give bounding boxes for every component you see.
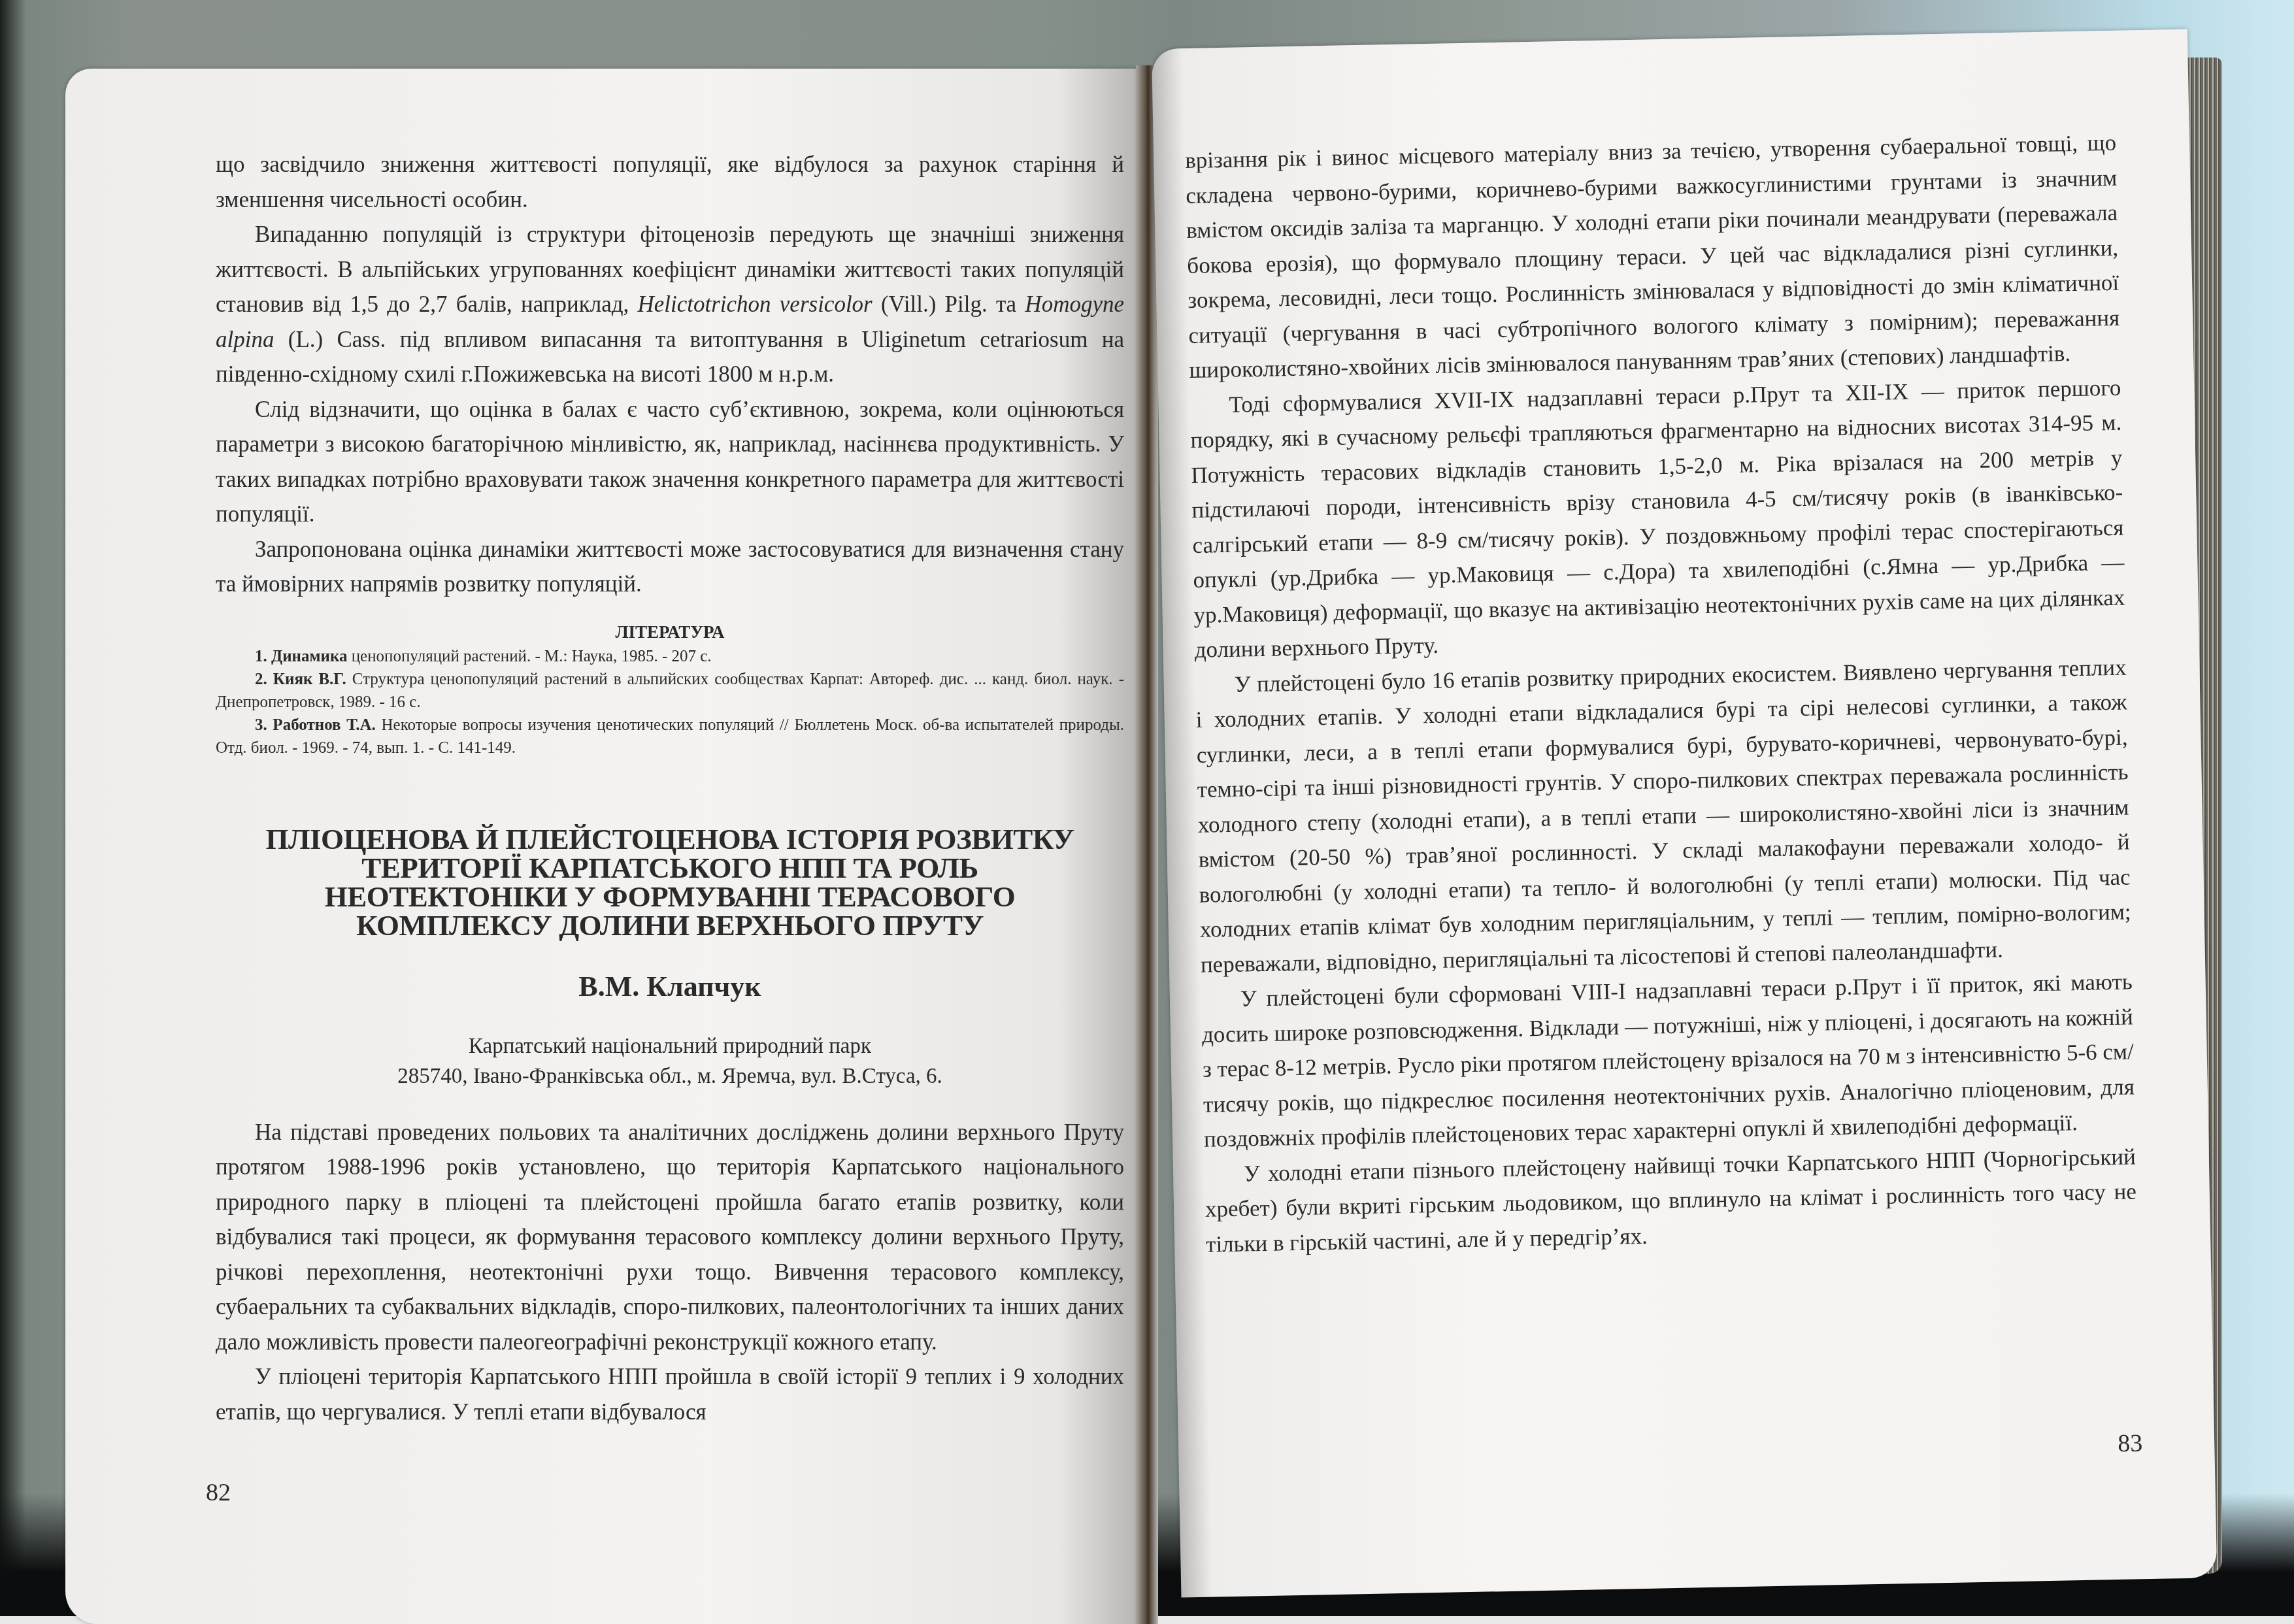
- right-page-text-column: врізання рік і винос місцевого матеріалу…: [1185, 125, 2138, 1262]
- references-heading: ЛІТЕРАТУРА: [216, 619, 1124, 645]
- paragraph: У холодні етапи пізнього плейстоцену най…: [1205, 1139, 2138, 1262]
- reference-text: Структура ценопопуляций растений в альпи…: [216, 671, 1124, 711]
- title-line: НЕОТЕКТОНІКИ У ФОРМУВАННІ ТЕРАСОВОГО: [216, 882, 1124, 911]
- text-run: (L.) Cass. під впливом випасання та вито…: [216, 327, 1124, 388]
- paragraph: У плейстоцені були сформовані VIII-I над…: [1201, 964, 2135, 1157]
- reference-item: 1. Динамика ценопопуляций растений. - М.…: [216, 645, 1124, 668]
- paragraph: Слід відзначити, що оцінка в балах є час…: [216, 392, 1124, 532]
- reference-author: 1. Динамика: [255, 648, 347, 665]
- title-line: ПЛІОЦЕНОВА Й ПЛЕЙСТОЦЕНОВА ІСТОРІЯ РОЗВИ…: [216, 825, 1124, 853]
- paragraph: На підставі проведених польових та аналі…: [216, 1115, 1124, 1360]
- reference-item: 3. Работнов Т.А. Некоторые вопросы изуче…: [216, 714, 1124, 759]
- reference-author: 3. Работнов Т.А.: [255, 716, 376, 734]
- article-author: В.М. Клапчук: [216, 967, 1124, 1006]
- right-page: врізання рік і винос місцевого матеріалу…: [1152, 29, 2217, 1598]
- paragraph: Випаданню популяцій із структури фітоцен…: [216, 217, 1124, 392]
- left-page-text-column: що засвідчило зниження життєвості популя…: [216, 147, 1124, 1429]
- reference-text: ценопопуляций растений. - М.: Наука, 198…: [347, 648, 711, 665]
- page-number: 83: [2118, 1429, 2143, 1458]
- paragraph: що засвідчило зниження життєвості популя…: [216, 147, 1124, 217]
- book-gutter: [1136, 65, 1158, 1624]
- text-run: (Vill.) Pilg. та: [873, 291, 1025, 317]
- paragraph: врізання рік і винос місцевого матеріалу…: [1185, 125, 2121, 388]
- left-page: що засвідчило зниження життєвості популя…: [65, 69, 1144, 1624]
- article-title: ПЛІОЦЕНОВА Й ПЛЕЙСТОЦЕНОВА ІСТОРІЯ РОЗВИ…: [216, 825, 1124, 940]
- author-affiliation: Карпатський національний природний парк …: [216, 1031, 1124, 1091]
- species-name: Helictotrichon versicolor: [638, 291, 873, 317]
- paragraph: У пліоцені територія Карпатського НПП пр…: [216, 1359, 1124, 1429]
- paragraph: У плейстоцені було 16 етапів розвитку пр…: [1195, 650, 2132, 982]
- title-line: ТЕРИТОРІЇ КАРПАТСЬКОГО НПП ТА РОЛЬ: [216, 853, 1124, 882]
- reference-item: 2. Кияк В.Г. Структура ценопопуляций рас…: [216, 668, 1124, 714]
- title-line: КОМПЛЕКСУ ДОЛИНИ ВЕРХНЬОГО ПРУТУ: [216, 911, 1124, 940]
- reference-author: 2. Кияк В.Г.: [255, 671, 346, 688]
- page-number: 82: [206, 1478, 231, 1507]
- paragraph: Тоді сформувалися XVII-IX надзаплавні те…: [1189, 370, 2126, 667]
- affiliation-address: 285740, Івано-Франківська обл., м. Яремч…: [216, 1061, 1124, 1091]
- paragraph: Запропонована оцінка динаміки життєвості…: [216, 532, 1124, 602]
- affiliation-line: Карпатський національний природний парк: [216, 1031, 1124, 1061]
